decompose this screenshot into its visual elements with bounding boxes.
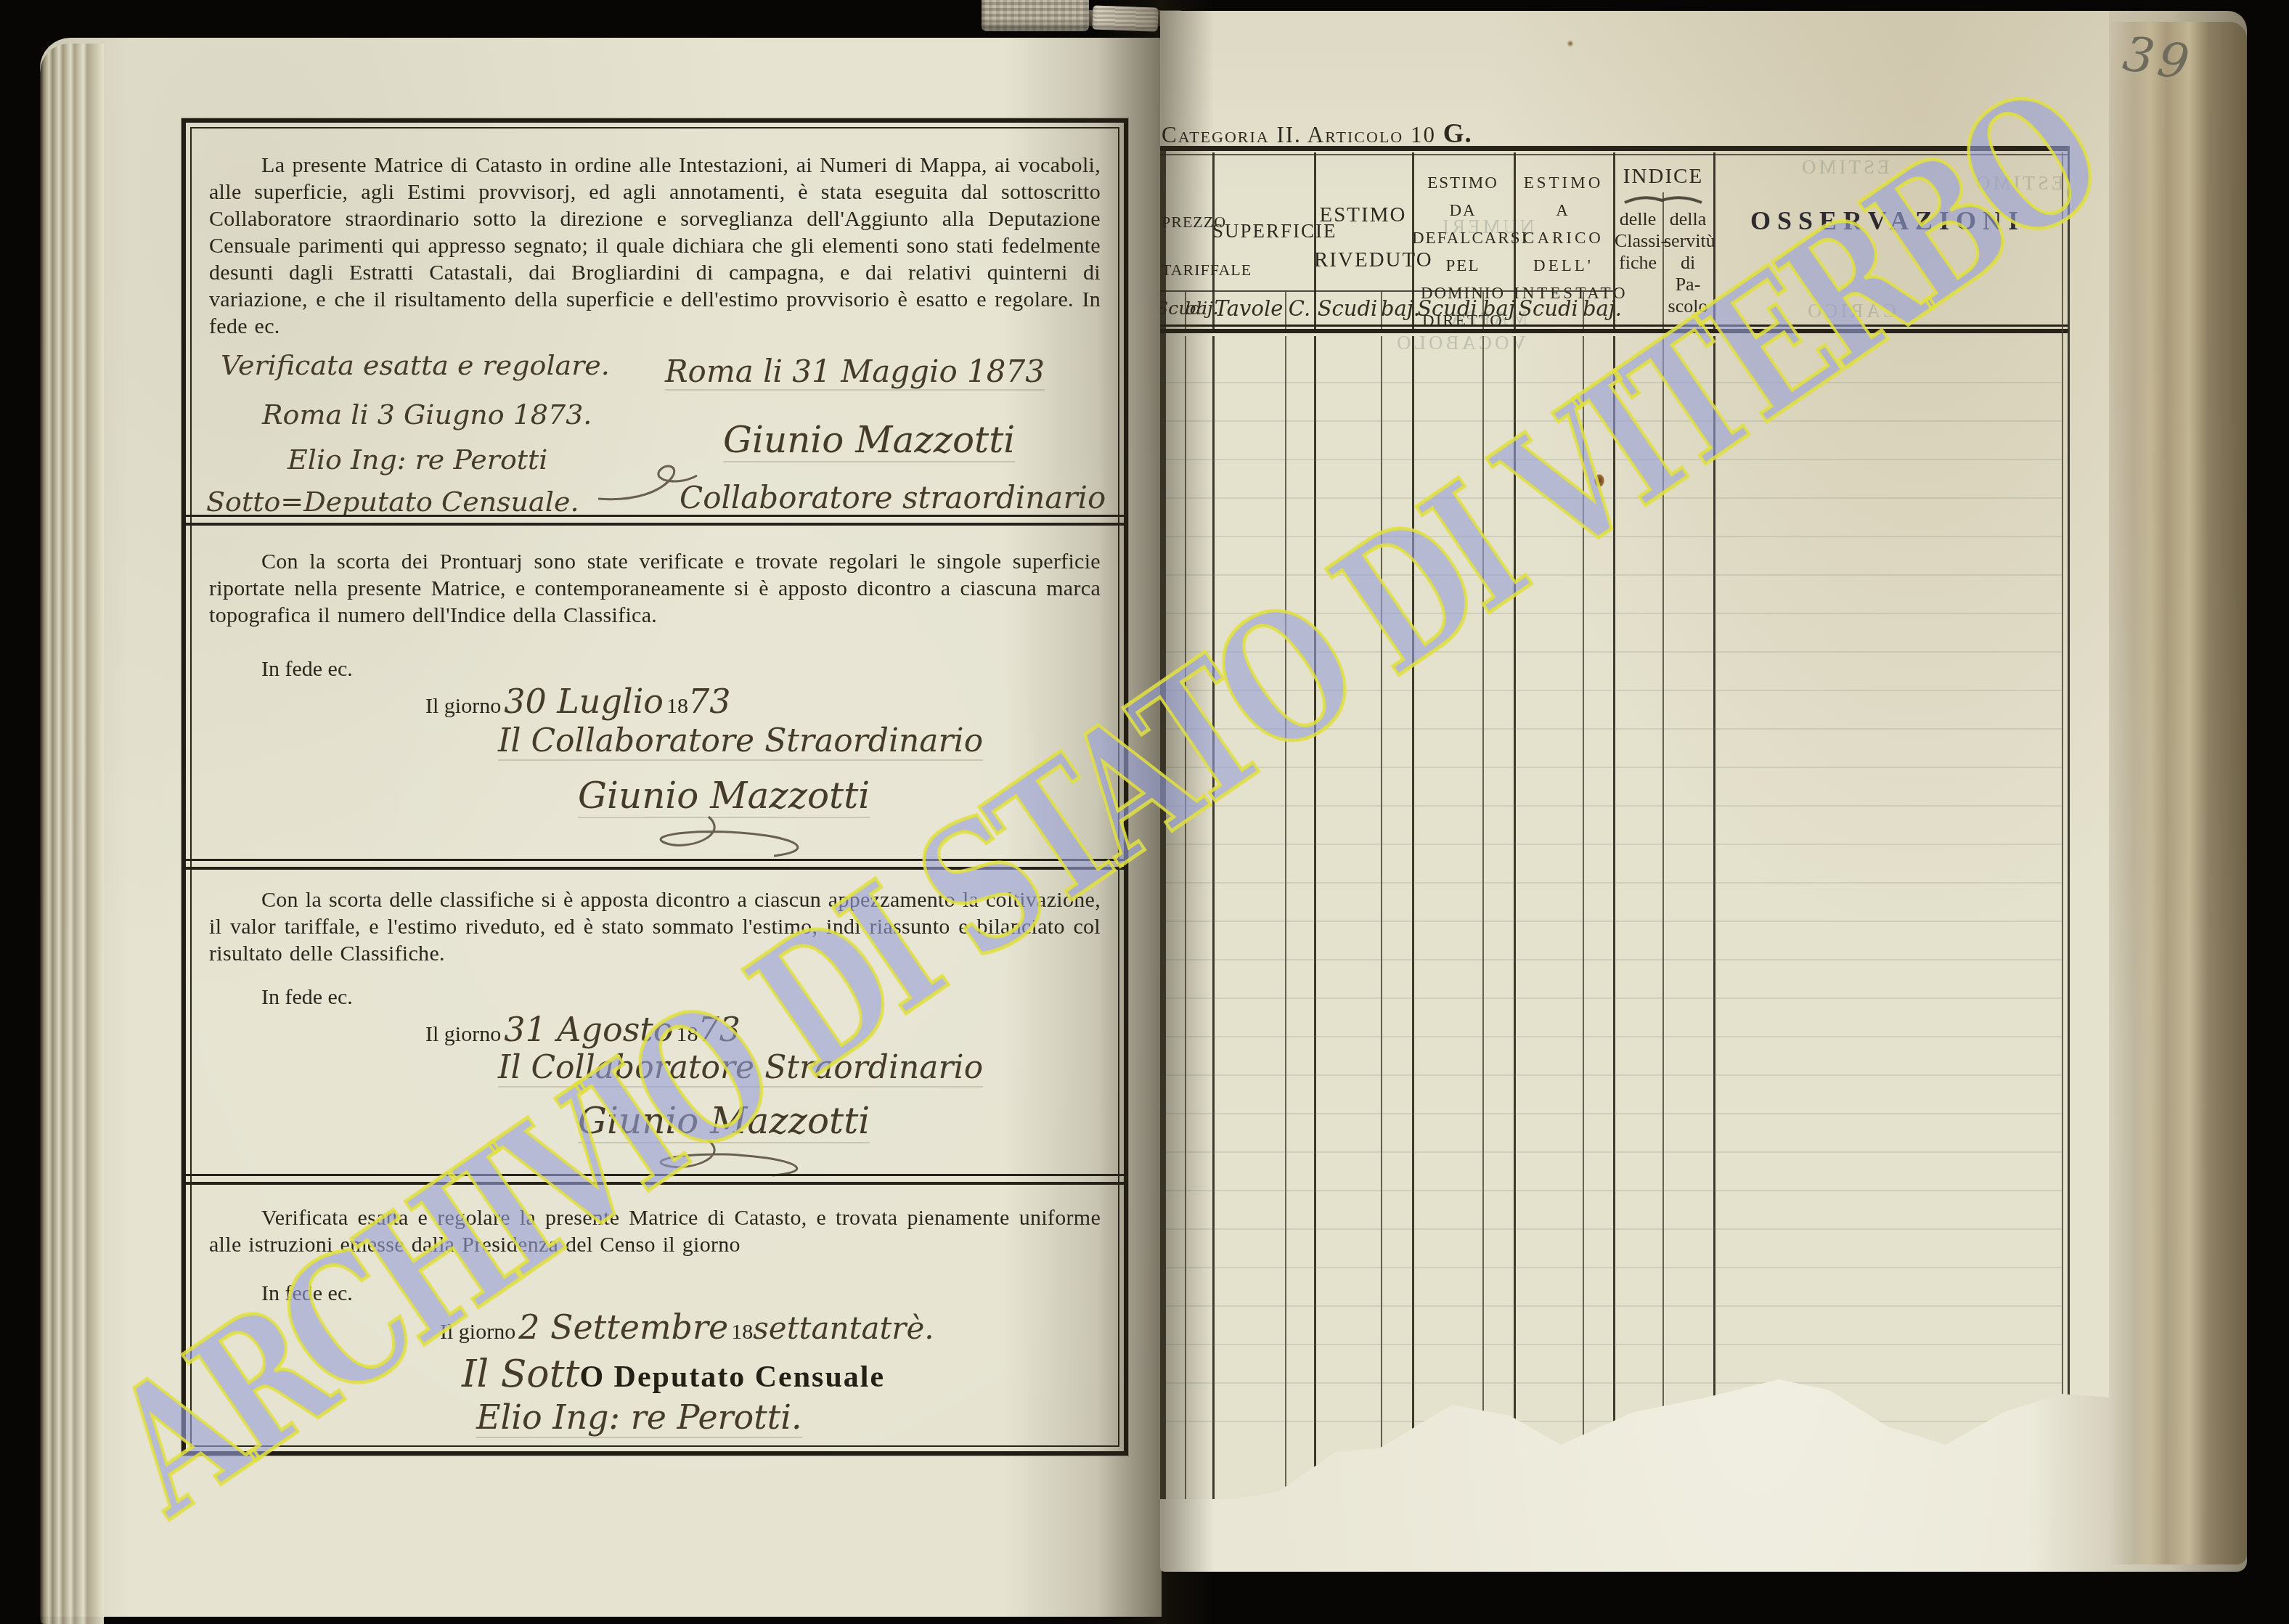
column-title-prezzo-tariffale: PREZZO TARIFFALE [1162,198,1211,294]
ledger-ruling [1166,345,2063,1448]
sotto-deputato-line: Il SottO Deputato Censuale [462,1352,885,1396]
subrow-top-rule [1160,290,1613,292]
verification-date: Roma li 3 Giugno 1873. [262,399,592,431]
attestation-paragraph-4: Verificata esatta e regolare la presente… [209,1204,1101,1258]
year-printed: 18 [666,694,688,718]
category-label: Categoria II. Articolo 10 [1162,122,1436,147]
in-fede-label: In fede ec. [261,1281,353,1306]
ghost-word: ESTIMO [1973,172,2064,195]
signer-printed-title: O Deputato Censuale [579,1360,885,1394]
attestation-paragraph-1: La presente Matrice di Catasto in ordine… [209,152,1101,340]
section-divider [186,515,1124,526]
category-article-line: Categoria II. Articolo 10 G. [1162,118,1472,150]
ink-stain [1594,474,1604,487]
sub-baj: baj. [1583,296,1613,321]
collaborator-signature: Giunio Mazzotti [723,419,1015,462]
table-left-edge-bar [1160,146,1166,1511]
il-giorno-label: Il giorno [440,1320,515,1344]
sub-scudi: Scudi [1314,296,1381,321]
bookmark-ribbon-large [982,0,1089,31]
attestation-frame: La presente Matrice di Catasto in ordine… [181,118,1128,1456]
sub-c: C. [1285,296,1314,321]
place-date-script: Roma li 31 Maggio 1873 [665,354,1045,391]
attestation-paragraph-2: Con la scorta dei Prontuarj sono state v… [209,548,1101,629]
ghost-word: NUMERI [1440,216,1535,238]
year-script: 73 [688,682,731,721]
date-line: Il giorno 2 Settembre 18settantatrè. [440,1307,934,1347]
verifier-signature: Elio Ing: re Perotti [287,444,548,476]
date-line: Il giorno 30 Luglio 1873 [425,682,731,721]
il-giorno-label: Il giorno [425,694,501,718]
header-bottom-rule-thick [1160,329,2068,333]
folio-number: 39 [2120,25,2198,91]
il-giorno-label: Il giorno [425,1022,501,1046]
signature-paraph [621,814,825,865]
year-script: settantatrè. [753,1310,934,1346]
column-title-estimo-riveduto: ESTIMO RIVEDUTO [1314,192,1412,282]
ghost-word: ESTIMO [1799,156,1890,179]
in-fede-label: In fede ec. [261,657,353,682]
signer-name-script: Elio Ing: re Perotti. [476,1397,802,1438]
collaborator-title: Collaboratore straordinario [680,480,1106,517]
year-printed: 18 [676,1022,698,1046]
ghost-word: MAPPA [1448,307,1528,330]
year-script: 73 [698,1010,740,1049]
year-printed: 18 [731,1320,753,1344]
signer-name-script: Giunio Mazzotti [578,1100,870,1143]
date-line: Il giorno 31 Agosto 1873 [425,1010,740,1049]
indice-sub-pascolo: della servitù di Pa- scolo [1664,208,1712,317]
cadastre-table-page: Categoria II. Articolo 10 G. PREZZO TARI… [1160,11,2109,1572]
sub-scudi: Scudi [1156,298,1186,319]
date-script: 31 Agosto [504,1010,673,1049]
header-bottom-rule-thin [1160,325,2068,327]
scanned-register-spread: Categoria II. Articolo 10 G. PREZZO TARI… [0,0,2289,1624]
signer-title-script: Il Collaboratore Straordinario [498,722,983,761]
in-fede-label: In fede ec. [261,985,353,1010]
fox-spot [1567,40,1574,47]
column-title-osservazioni: OSSERVAZIONI [1713,205,2062,236]
table-top-rule [1160,146,2068,151]
column-title-indice: INDICE [1613,165,1713,189]
date-script: 30 Luglio [504,682,664,721]
section-divider [186,1174,1124,1185]
signer-title-script: Il Collaboratore Straordinario [498,1049,983,1088]
bookmark-ribbon-small [1092,5,1158,31]
sub-tavole: Tavole [1212,296,1285,321]
right-border-thick [2068,146,2070,1533]
section-divider [186,859,1124,870]
indice-sub-classifiche: delle Classi- fiche [1615,208,1661,274]
column-title-superficie: SUPERFICIE [1212,220,1314,242]
verifier-title: Sotto=Deputato Censuale. [206,486,579,518]
signer-script-prefix: Il Sott [462,1352,579,1396]
date-script: 2 Settembre [518,1307,728,1347]
right-page-edge-stack [2109,22,2247,1564]
ghost-word: CARICO [1805,300,1896,322]
category-letter: G. [1443,119,1472,149]
column-title-estimo-a-carico: ESTIMO A CARICO DELL' INTESTATO [1514,169,1613,307]
ghost-word: VOCABOLO [1394,332,1526,354]
signer-name-script: Giunio Mazzotti [578,775,870,818]
verification-note: Verificata esatta e regolare. [221,349,610,381]
left-page-edge-stack [40,44,104,1624]
sub-baj: baj. [1185,298,1212,319]
attestation-paragraph-3: Con la scorta delle classifiche si è app… [209,886,1101,967]
sub-baj: baj. [1381,296,1412,321]
